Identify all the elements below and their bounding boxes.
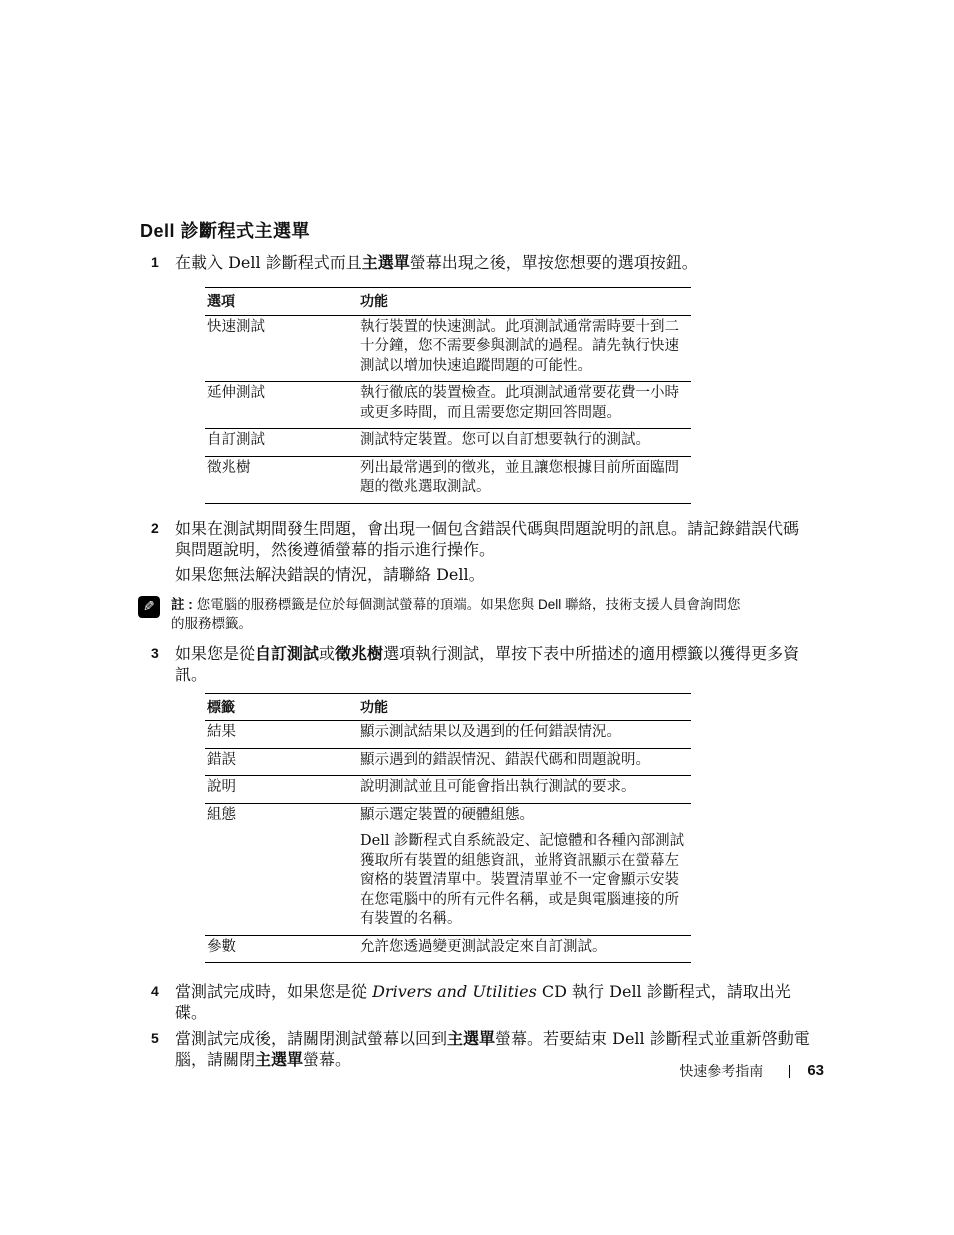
options-table-header-row: 選項 功能	[205, 288, 691, 316]
step-3-seg1: 如果您是從	[175, 644, 255, 663]
tabs-table-header-row: 標籤 功能	[205, 693, 691, 721]
options-table-header-function: 功能	[358, 288, 691, 316]
note-label: 註 :	[171, 597, 193, 612]
footer-guide-label: 快速參考指南	[679, 1062, 763, 1080]
function-cell: 測試特定裝置。您可以自訂想要執行的測試。	[358, 429, 691, 457]
page-title: Dell 診斷程式主選單	[140, 221, 954, 242]
option-cell: 徵兆樹	[205, 456, 358, 503]
step-5-number: 5	[140, 1028, 175, 1070]
tab-cell: 錯誤	[205, 748, 358, 776]
step-3-seg3: 或	[319, 644, 335, 663]
document-page: Dell 診斷程式主選單 1 在載入 Dell 診斷程式而且主選單螢幕出現之後，…	[0, 0, 954, 1235]
tab-cell: 結果	[205, 721, 358, 749]
function-cell: 顯示遇到的錯誤情況、錯誤代碼和問題說明。	[358, 748, 691, 776]
function-cell: 顯示選定裝置的硬體組態。 Dell 診斷程式自系統設定、記憶體和各種內部測試獲取…	[358, 803, 691, 935]
step-5-bold-main-menu-1: 主選單	[447, 1029, 495, 1048]
step-1-seg3: 螢幕出現之後，單按您想要的選項按鈕。	[410, 253, 698, 272]
tab-cell: 參數	[205, 935, 358, 963]
table-row-symptom-tree: 徵兆樹 列出最常遇到的徵兆，並且讓您根據目前所面臨問題的徵兆選取測試。	[205, 456, 691, 503]
tab-cell: 組態	[205, 803, 358, 935]
table-row-errors: 錯誤 顯示遇到的錯誤情況、錯誤代碼和問題說明。	[205, 748, 691, 776]
step-5-seg1: 當測試完成後，請關閉測試螢幕以回到	[175, 1029, 447, 1048]
step-3-number: 3	[140, 643, 175, 685]
configuration-paragraph-2: Dell 診斷程式自系統設定、記憶體和各種內部測試獲取所有裝置的組態資訊，並將資…	[360, 832, 691, 930]
step-1-bold-main-menu: 主選單	[362, 253, 410, 272]
option-cell: 延伸測試	[205, 382, 358, 429]
function-cell: 列出最常遇到的徵兆，並且讓您根據目前所面臨問題的徵兆選取測試。	[358, 456, 691, 503]
step-4-text: 當測試完成時，如果您是從 Drivers and Utilities CD 執行…	[175, 981, 812, 1023]
table-row-results: 結果 顯示測試結果以及遇到的任何錯誤情況。	[205, 721, 691, 749]
note-text: 註 :您電腦的服務標籤是位於每個測試螢幕的頂端。如果您與 Dell 聯絡，技術支…	[171, 595, 751, 633]
step-1-text: 在載入 Dell 診斷程式而且主選單螢幕出現之後，單按您想要的選項按鈕。	[175, 252, 812, 273]
table-row-extended-test: 延伸測試 執行徹底的裝置檢查。此項測試通常要花費一小時或更多時間，而且需要您定期…	[205, 382, 691, 429]
function-cell: 允許您透過變更測試設定來自訂測試。	[358, 935, 691, 963]
step-4-seg1: 當測試完成時，如果您是從	[175, 982, 372, 1001]
function-cell: 執行裝置的快速測試。此項測試通常需時要十到二十分鐘，您不需要參與測試的過程。請先…	[358, 315, 691, 382]
step-1-seg1: 在載入 Dell 診斷程式而且	[175, 253, 362, 272]
tabs-table: 標籤 功能 結果 顯示測試結果以及遇到的任何錯誤情況。 錯誤 顯示遇到的錯誤情況…	[205, 693, 691, 964]
configuration-paragraph-1: 顯示選定裝置的硬體組態。	[360, 806, 691, 826]
step-5-bold-main-menu-2: 主選單	[255, 1050, 303, 1069]
option-cell: 快速測試	[205, 315, 358, 382]
note-block: ✎ 註 :您電腦的服務標籤是位於每個測試螢幕的頂端。如果您與 Dell 聯絡，技…	[138, 595, 954, 633]
step-1-number: 1	[140, 252, 175, 273]
page-footer: 快速參考指南 63	[679, 1062, 824, 1080]
table-row-parameters: 參數 允許您透過變更測試設定來自訂測試。	[205, 935, 691, 963]
step-3-bold-symptom-tree: 徵兆樹	[335, 644, 383, 663]
step-4-italic-cd-title: Drivers and Utilities	[372, 982, 537, 1001]
step-2-number: 2	[140, 518, 175, 560]
step-3-bold-custom-test: 自訂測試	[255, 644, 319, 663]
footer-page-number: 63	[807, 1062, 824, 1080]
function-cell: 執行徹底的裝置檢查。此項測試通常要花費一小時或更多時間，而且需要您定期回答問題。	[358, 382, 691, 429]
step-2-followup: 如果您無法解決錯誤的情況，請聯絡 Dell。	[175, 564, 812, 585]
tab-cell: 說明	[205, 776, 358, 804]
option-cell: 自訂測試	[205, 429, 358, 457]
tabs-table-header-function: 功能	[358, 693, 691, 721]
function-cell: 說明測試並且可能會指出執行測試的要求。	[358, 776, 691, 804]
footer-separator	[789, 1065, 790, 1078]
function-cell: 顯示測試結果以及遇到的任何錯誤情況。	[358, 721, 691, 749]
table-row-custom-test: 自訂測試 測試特定裝置。您可以自訂想要執行的測試。	[205, 429, 691, 457]
step-1: 1 在載入 Dell 診斷程式而且主選單螢幕出現之後，單按您想要的選項按鈕。	[140, 252, 815, 273]
step-2: 2 如果在測試期間發生問題，會出現一個包含錯誤代碼與問題說明的訊息。請記錄錯誤代…	[140, 518, 815, 560]
step-2-text: 如果在測試期間發生問題，會出現一個包含錯誤代碼與問題說明的訊息。請記錄錯誤代碼與…	[175, 518, 812, 560]
pencil-note-icon: ✎	[138, 596, 160, 618]
step-4: 4 當測試完成時，如果您是從 Drivers and Utilities CD …	[140, 981, 815, 1023]
step-3: 3 如果您是從自訂測試或徵兆樹選項執行測試，單按下表中所描述的適用標籤以獲得更多…	[140, 643, 815, 685]
step-3-text: 如果您是從自訂測試或徵兆樹選項執行測試，單按下表中所描述的適用標籤以獲得更多資訊…	[175, 643, 812, 685]
table-row-quick-test: 快速測試 執行裝置的快速測試。此項測試通常需時要十到二十分鐘，您不需要參與測試的…	[205, 315, 691, 382]
tabs-table-header-tab: 標籤	[205, 693, 358, 721]
table-row-help: 說明 說明測試並且可能會指出執行測試的要求。	[205, 776, 691, 804]
options-table: 選項 功能 快速測試 執行裝置的快速測試。此項測試通常需時要十到二十分鐘，您不需…	[205, 287, 691, 504]
note-body: 您電腦的服務標籤是位於每個測試螢幕的頂端。如果您與 Dell 聯絡，技術支援人員…	[171, 597, 741, 631]
step-4-number: 4	[140, 981, 175, 1023]
options-table-header-option: 選項	[205, 288, 358, 316]
table-row-configuration: 組態 顯示選定裝置的硬體組態。 Dell 診斷程式自系統設定、記憶體和各種內部測…	[205, 803, 691, 935]
step-5-seg5: 螢幕。	[303, 1050, 351, 1069]
